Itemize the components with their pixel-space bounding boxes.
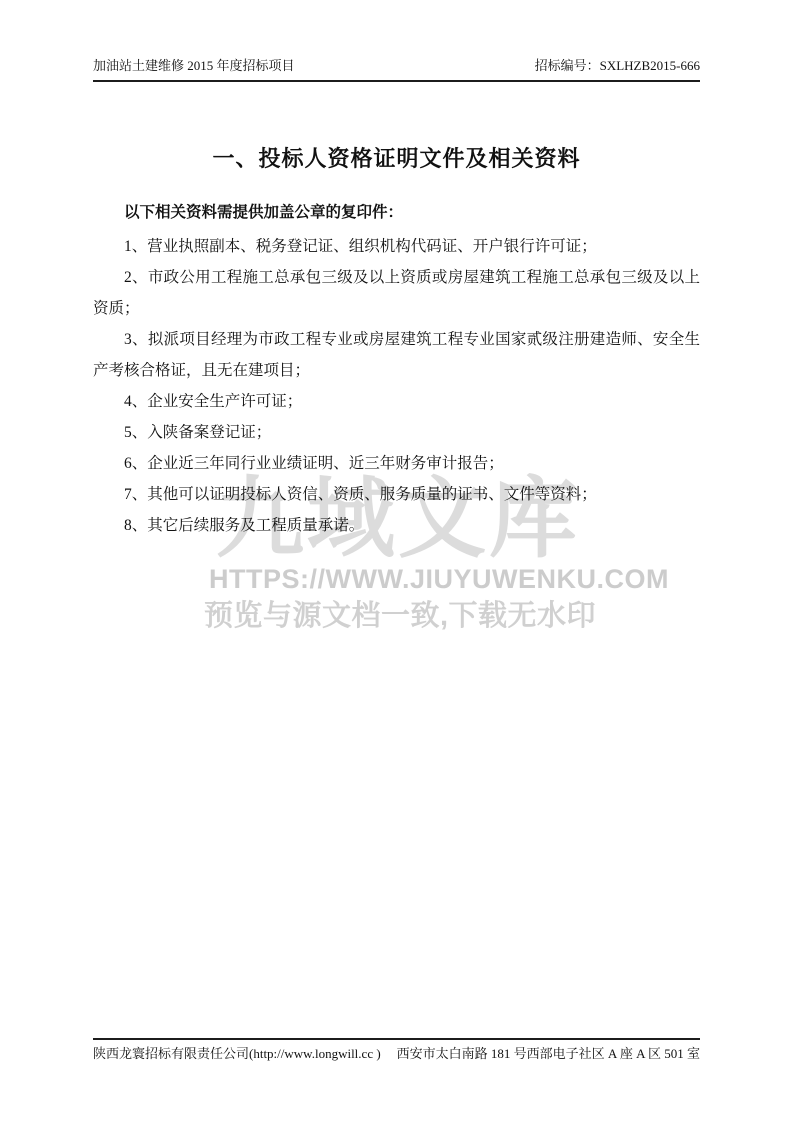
- page-title: 一、投标人资格证明文件及相关资料: [93, 143, 700, 175]
- list-item: 3、拟派项目经理为市政工程专业或房屋建筑工程专业国家贰级注册建造师、安全生产考核…: [93, 324, 700, 386]
- watermark-url-text: HTTPS://WWW.JIUYUWENKU.COM: [209, 563, 669, 595]
- list-item: 8、其它后续服务及工程质量承诺。: [93, 510, 700, 541]
- header-project-name: 加油站土建维修 2015 年度招标项目: [93, 57, 295, 74]
- footer-address: 西安市太白南路 181 号西部电子社区 A 座 A 区 501 室: [397, 1045, 700, 1062]
- list-item: 5、入陕备案登记证；: [93, 417, 700, 448]
- document-page: 九域文库 HTTPS://WWW.JIUYUWENKU.COM 预览与源文档一致…: [0, 0, 793, 1122]
- footer-company: 陕西龙寰招标有限责任公司(http://www.longwill.cc ): [93, 1045, 381, 1062]
- watermark-tagline-text: 预览与源文档一致,下载无水印: [204, 599, 596, 634]
- list-item: 6、企业近三年同行业业绩证明、近三年财务审计报告；: [93, 448, 700, 479]
- list-item: 1、营业执照副本、税务登记证、组织机构代码证、开户银行许可证；: [93, 231, 700, 262]
- document-content: 以下相关资料需提供加盖公章的复印件： 1、营业执照副本、税务登记证、组织机构代码…: [93, 197, 700, 541]
- page-footer: 陕西龙寰招标有限责任公司(http://www.longwill.cc ) 西安…: [93, 1038, 700, 1062]
- intro-paragraph: 以下相关资料需提供加盖公章的复印件：: [93, 197, 700, 228]
- page-header: 加油站土建维修 2015 年度招标项目 招标编号：SXLHZB2015-666: [93, 57, 700, 82]
- list-item: 7、其他可以证明投标人资信、资质、服务质量的证书、文件等资料；: [93, 479, 700, 510]
- header-bid-number: 招标编号：SXLHZB2015-666: [535, 57, 700, 74]
- list-item: 4、企业安全生产许可证；: [93, 386, 700, 417]
- list-item: 2、市政公用工程施工总承包三级及以上资质或房屋建筑工程施工总承包三级及以上资质；: [93, 262, 700, 324]
